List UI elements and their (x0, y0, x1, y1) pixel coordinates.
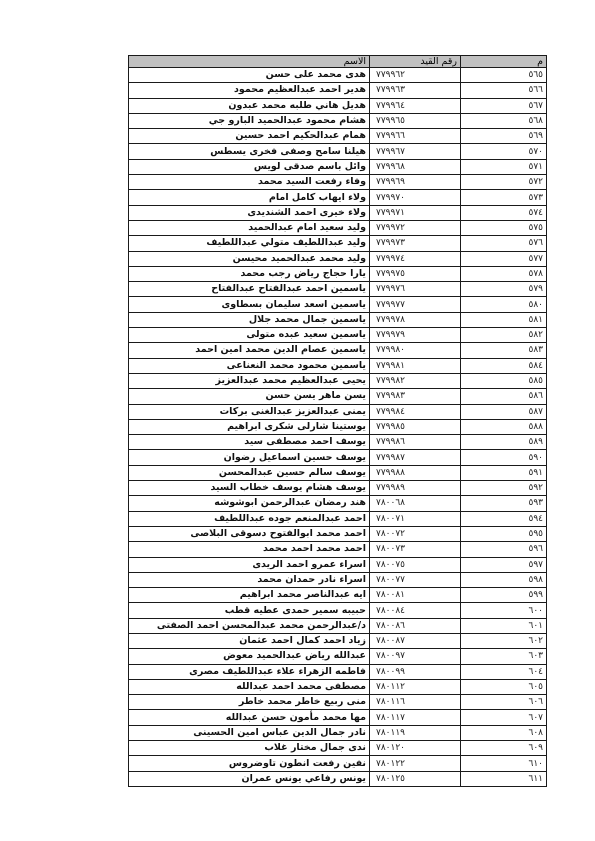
serial-number-cell: ٦٠٦ (461, 695, 547, 710)
table-row: ٥٧٨٧٧٩٩٧٥يارا حجاج رياض رجب محمد (129, 266, 547, 281)
table-row: ٥٩٨٧٨٠٠٧٧اسراء نادر حمدان محمد (129, 572, 547, 587)
serial-number-cell: ٥٦٨ (461, 113, 547, 128)
registration-number-cell: ٧٧٩٩٦٨ (370, 159, 461, 174)
serial-number-cell: ٥٨٥ (461, 373, 547, 388)
table-row: ٥٩٦٧٨٠٠٧٣احمد محمد احمد محمد (129, 542, 547, 557)
serial-number-cell: ٦٠٧ (461, 710, 547, 725)
name-cell: احمد محمد ابوالفتوح دسوقى البلاصى (129, 526, 370, 541)
serial-number-cell: ٥٨٧ (461, 404, 547, 419)
name-cell: حبيبه سمير حمدى عطيه قطب (129, 603, 370, 618)
registration-number-cell: ٧٨٠١٢٠ (370, 741, 461, 756)
table-row: ٦٠٧٧٨٠١١٧مها محمد مأمون حسن عبدالله (129, 710, 547, 725)
registration-number-cell: ٧٧٩٩٧٨ (370, 312, 461, 327)
name-cell: احمد عبدالمنعم جوده عبداللطيف (129, 511, 370, 526)
name-cell: ندى جمال مختار غلاب (129, 741, 370, 756)
name-cell: ياسمين سعيد عبده متولى (129, 328, 370, 343)
table-row: ٥٧٥٧٧٩٩٧٢وليد سعيد امام عبدالحميد (129, 220, 547, 235)
registration-number-cell: ٧٨٠٠٧٧ (370, 572, 461, 587)
table-row: ٥٧٧٧٧٩٩٧٤وليد محمد عبدالحميد محيسن (129, 251, 547, 266)
name-cell: يوستينا شارلى شكرى ابراهيم (129, 419, 370, 434)
name-cell: ايه عبدالناصر محمد ابراهيم (129, 588, 370, 603)
serial-number-cell: ٥٧١ (461, 159, 547, 174)
registration-number-cell: ٧٨٠١١٦ (370, 695, 461, 710)
serial-number-cell: ٥٨١ (461, 312, 547, 327)
registration-number-cell: ٧٧٩٩٨٩ (370, 481, 461, 496)
registration-number-cell: ٧٨٠٠٨٦ (370, 618, 461, 633)
registration-number-cell: ٧٨٠٠٨٤ (370, 603, 461, 618)
registration-number-cell: ٧٧٩٩٨٥ (370, 419, 461, 434)
table-header-row: م رقم القيد الاسم (129, 56, 547, 68)
table-row: ٦٠٥٧٨٠١١٢مصطفى محمد احمد عبدالله (129, 679, 547, 694)
serial-number-cell: ٥٩٦ (461, 542, 547, 557)
name-cell: د/عبدالرحمن محمد عبدالمحسن احمد الصفتى (129, 618, 370, 633)
name-cell: وليد سعيد امام عبدالحميد (129, 220, 370, 235)
serial-number-cell: ٦٠٩ (461, 741, 547, 756)
registration-number-cell: ٧٧٩٩٧٣ (370, 236, 461, 251)
table-row: ٦١١٧٨٠١٢٥يونس رفاعي يونس عمران (129, 771, 547, 786)
registration-number-cell: ٧٨٠٠٦٨ (370, 496, 461, 511)
serial-number-cell: ٥٨٦ (461, 389, 547, 404)
registration-number-cell: ٧٨٠١٢٥ (370, 771, 461, 786)
name-cell: هشام محمود عبدالحميد البارو جي (129, 113, 370, 128)
name-cell: ولاء خيرى احمد الشنديدى (129, 205, 370, 220)
serial-number-cell: ٥٦٩ (461, 129, 547, 144)
registration-number-cell: ٧٨٠١٢٢ (370, 756, 461, 771)
table-row: ٥٩١٧٧٩٩٨٨يوسف سالم حسين عبدالمحسن (129, 465, 547, 480)
serial-number-cell: ٥٩٥ (461, 526, 547, 541)
serial-number-cell: ٥٦٥ (461, 68, 547, 83)
table-row: ٥٧٠٧٧٩٩٦٧هيلنا سامح وصفى فخرى يسطس (129, 144, 547, 159)
name-cell: نادر جمال الدين عباس امين الحسينى (129, 725, 370, 740)
name-cell: اسراء عمرو احمد الريدى (129, 557, 370, 572)
name-cell: ولاء ايهاب كامل امام (129, 190, 370, 205)
serial-number-cell: ٦٠١ (461, 618, 547, 633)
table-row: ٥٧٣٧٧٩٩٧٠ولاء ايهاب كامل امام (129, 190, 547, 205)
table-row: ٥٧٢٧٧٩٩٦٩وفاء رفعت السيد محمد (129, 175, 547, 190)
registration-number-cell: ٧٨٠٠٧٥ (370, 557, 461, 572)
registration-number-cell: ٧٨٠٠٨١ (370, 588, 461, 603)
serial-number-cell: ٥٧٢ (461, 175, 547, 190)
registration-number-cell: ٧٧٩٩٨٢ (370, 373, 461, 388)
serial-number-cell: ٥٩٨ (461, 572, 547, 587)
header-serial-number: م (461, 56, 547, 68)
registration-number-cell: ٧٧٩٩٦٦ (370, 129, 461, 144)
registration-number-cell: ٧٨٠١١٢ (370, 679, 461, 694)
name-cell: ياسمين جمال محمد جلال (129, 312, 370, 327)
registration-number-cell: ٧٧٩٩٨٧ (370, 450, 461, 465)
registration-number-cell: ٧٧٩٩٧٩ (370, 328, 461, 343)
document-page: م رقم القيد الاسم ٥٦٥٧٧٩٩٦٢هدى محمد على … (128, 55, 546, 787)
table-row: ٥٩٥٧٨٠٠٧٢احمد محمد ابوالفتوح دسوقى البلا… (129, 526, 547, 541)
table-row: ٦٠٤٧٨٠٠٩٩فاطمه الزهراء علاء عبداللطيف مص… (129, 664, 547, 679)
table-row: ٦٠١٧٨٠٠٨٦د/عبدالرحمن محمد عبدالمحسن احمد… (129, 618, 547, 633)
name-cell: ياسمين احمد عبدالفتاح عبدالفتاح (129, 282, 370, 297)
registration-number-cell: ٧٧٩٩٧١ (370, 205, 461, 220)
table-row: ٥٧٤٧٧٩٩٧١ولاء خيرى احمد الشنديدى (129, 205, 547, 220)
name-cell: يوسف سالم حسين عبدالمحسن (129, 465, 370, 480)
name-cell: هيلنا سامح وصفى فخرى يسطس (129, 144, 370, 159)
registration-number-cell: ٧٨٠١١٩ (370, 725, 461, 740)
registration-number-cell: ٧٧٩٩٨٣ (370, 389, 461, 404)
table-row: ٥٨٤٧٧٩٩٨١ياسمين محمود محمد النعناعى (129, 358, 547, 373)
name-cell: ياسمين محمود محمد النعناعى (129, 358, 370, 373)
table-row: ٥٨٨٧٧٩٩٨٥يوستينا شارلى شكرى ابراهيم (129, 419, 547, 434)
table-row: ٥٧١٧٧٩٩٦٨وائل باسم صدقى لويس (129, 159, 547, 174)
registration-number-cell: ٧٧٩٩٨٨ (370, 465, 461, 480)
serial-number-cell: ٥٩٠ (461, 450, 547, 465)
serial-number-cell: ٥٩٧ (461, 557, 547, 572)
serial-number-cell: ٥٩٤ (461, 511, 547, 526)
serial-number-cell: ٥٩٢ (461, 481, 547, 496)
name-cell: وليد عبداللطيف متولي عبداللطيف (129, 236, 370, 251)
serial-number-cell: ٥٨٣ (461, 343, 547, 358)
registration-number-cell: ٧٧٩٩٦٩ (370, 175, 461, 190)
serial-number-cell: ٥٨٤ (461, 358, 547, 373)
registration-number-cell: ٧٨٠٠٩٩ (370, 664, 461, 679)
name-cell: مصطفى محمد احمد عبدالله (129, 679, 370, 694)
name-cell: يمنى عبدالعزيز عبدالغنى بركات (129, 404, 370, 419)
name-cell: ياسمين عصام الدين محمد امين احمد (129, 343, 370, 358)
serial-number-cell: ٥٦٦ (461, 83, 547, 98)
name-cell: يارا حجاج رياض رجب محمد (129, 266, 370, 281)
header-registration-number: رقم القيد (370, 56, 461, 68)
name-cell: يسن ماهر يسن حسن (129, 389, 370, 404)
serial-number-cell: ٥٩٣ (461, 496, 547, 511)
table-row: ٥٨٩٧٧٩٩٨٦يوسف احمد مصطفى سيد (129, 435, 547, 450)
registration-number-cell: ٧٧٩٩٨٤ (370, 404, 461, 419)
name-cell: وفاء رفعت السيد محمد (129, 175, 370, 190)
name-cell: فاطمه الزهراء علاء عبداللطيف مصرى (129, 664, 370, 679)
serial-number-cell: ٥٩٩ (461, 588, 547, 603)
serial-number-cell: ٦١١ (461, 771, 547, 786)
students-table: م رقم القيد الاسم ٥٦٥٧٧٩٩٦٢هدى محمد على … (128, 55, 547, 787)
table-row: ٥٨٥٧٧٩٩٨٢يحيى عبدالعظيم محمد عبدالعزيز (129, 373, 547, 388)
serial-number-cell: ٥٨٢ (461, 328, 547, 343)
registration-number-cell: ٧٨٠٠٧٣ (370, 542, 461, 557)
serial-number-cell: ٦٠٤ (461, 664, 547, 679)
registration-number-cell: ٧٧٩٩٦٥ (370, 113, 461, 128)
table-row: ٥٦٥٧٧٩٩٦٢هدى محمد على حسن (129, 68, 547, 83)
name-cell: هدير احمد عبدالعظيم محمود (129, 83, 370, 98)
table-row: ٦٠٨٧٨٠١١٩نادر جمال الدين عباس امين الحسي… (129, 725, 547, 740)
table-row: ٦١٠٧٨٠١٢٢نفين رفعت انطون تاوضروس (129, 756, 547, 771)
name-cell: وائل باسم صدقى لويس (129, 159, 370, 174)
name-cell: يونس رفاعي يونس عمران (129, 771, 370, 786)
registration-number-cell: ٧٧٩٩٦٢ (370, 68, 461, 83)
table-row: ٥٧٦٧٧٩٩٧٣وليد عبداللطيف متولي عبداللطيف (129, 236, 547, 251)
name-cell: هند رمضان عبدالرحمن ابوشوشه (129, 496, 370, 511)
registration-number-cell: ٧٧٩٩٦٣ (370, 83, 461, 98)
name-cell: اسراء نادر حمدان محمد (129, 572, 370, 587)
serial-number-cell: ٥٨٩ (461, 435, 547, 450)
serial-number-cell: ٦٠٥ (461, 679, 547, 694)
registration-number-cell: ٧٨٠٠٧١ (370, 511, 461, 526)
name-cell: زياد احمد كمال احمد عثمان (129, 633, 370, 648)
name-cell: همام عبدالحكيم احمد حسين (129, 129, 370, 144)
table-row: ٥٩٤٧٨٠٠٧١احمد عبدالمنعم جوده عبداللطيف (129, 511, 547, 526)
registration-number-cell: ٧٧٩٩٦٧ (370, 144, 461, 159)
registration-number-cell: ٧٧٩٩٨٦ (370, 435, 461, 450)
registration-number-cell: ٧٨٠٠٧٢ (370, 526, 461, 541)
table-row: ٥٨١٧٧٩٩٧٨ياسمين جمال محمد جلال (129, 312, 547, 327)
serial-number-cell: ٥٦٧ (461, 98, 547, 113)
name-cell: عبدالله رياض عبدالحميد معوض (129, 649, 370, 664)
serial-number-cell: ٦١٠ (461, 756, 547, 771)
serial-number-cell: ٥٨٨ (461, 419, 547, 434)
registration-number-cell: ٧٧٩٩٨١ (370, 358, 461, 373)
name-cell: هدى محمد على حسن (129, 68, 370, 83)
serial-number-cell: ٥٧٧ (461, 251, 547, 266)
name-cell: يوسف احمد مصطفى سيد (129, 435, 370, 450)
serial-number-cell: ٥٧٩ (461, 282, 547, 297)
table-row: ٦٠٣٧٨٠٠٩٧عبدالله رياض عبدالحميد معوض (129, 649, 547, 664)
table-row: ٥٦٦٧٧٩٩٦٣هدير احمد عبدالعظيم محمود (129, 83, 547, 98)
registration-number-cell: ٧٧٩٩٧٤ (370, 251, 461, 266)
name-cell: يوسف هشام يوسف خطاب السيد (129, 481, 370, 496)
serial-number-cell: ٦٠٨ (461, 725, 547, 740)
table-row: ٥٩٧٧٨٠٠٧٥اسراء عمرو احمد الريدى (129, 557, 547, 572)
registration-number-cell: ٧٨٠٠٨٧ (370, 633, 461, 648)
table-row: ٥٨٧٧٧٩٩٨٤يمنى عبدالعزيز عبدالغنى بركات (129, 404, 547, 419)
serial-number-cell: ٦٠٢ (461, 633, 547, 648)
registration-number-cell: ٧٧٩٩٧٦ (370, 282, 461, 297)
table-row: ٦٠٩٧٨٠١٢٠ندى جمال مختار غلاب (129, 741, 547, 756)
table-row: ٥٩٠٧٧٩٩٨٧يوسف حسين اسماعيل رضوان (129, 450, 547, 465)
registration-number-cell: ٧٧٩٩٧٥ (370, 266, 461, 281)
serial-number-cell: ٥٧٤ (461, 205, 547, 220)
name-cell: يحيى عبدالعظيم محمد عبدالعزيز (129, 373, 370, 388)
serial-number-cell: ٥٧٨ (461, 266, 547, 281)
serial-number-cell: ٥٧٦ (461, 236, 547, 251)
name-cell: ياسمين اسعد سليمان بسطاوى (129, 297, 370, 312)
name-cell: احمد محمد احمد محمد (129, 542, 370, 557)
table-row: ٥٩٣٧٨٠٠٦٨هند رمضان عبدالرحمن ابوشوشه (129, 496, 547, 511)
table-row: ٥٨٠٧٧٩٩٧٧ياسمين اسعد سليمان بسطاوى (129, 297, 547, 312)
table-row: ٦٠٠٧٨٠٠٨٤حبيبه سمير حمدى عطيه قطب (129, 603, 547, 618)
registration-number-cell: ٧٧٩٩٨٠ (370, 343, 461, 358)
table-row: ٥٨٢٧٧٩٩٧٩ياسمين سعيد عبده متولى (129, 328, 547, 343)
table-row: ٥٦٨٧٧٩٩٦٥هشام محمود عبدالحميد البارو جي (129, 113, 547, 128)
table-row: ٥٨٦٧٧٩٩٨٣يسن ماهر يسن حسن (129, 389, 547, 404)
table-row: ٦٠٦٧٨٠١١٦منى ربيع خاطر محمد خاطر (129, 695, 547, 710)
registration-number-cell: ٧٧٩٩٦٤ (370, 98, 461, 113)
registration-number-cell: ٧٧٩٩٧٠ (370, 190, 461, 205)
name-cell: هديل هاني طلبه محمد عبدون (129, 98, 370, 113)
table-row: ٥٨٣٧٧٩٩٨٠ياسمين عصام الدين محمد امين احم… (129, 343, 547, 358)
name-cell: منى ربيع خاطر محمد خاطر (129, 695, 370, 710)
table-row: ٥٩٩٧٨٠٠٨١ايه عبدالناصر محمد ابراهيم (129, 588, 547, 603)
serial-number-cell: ٥٨٠ (461, 297, 547, 312)
name-cell: يوسف حسين اسماعيل رضوان (129, 450, 370, 465)
header-name: الاسم (129, 56, 370, 68)
serial-number-cell: ٥٧٠ (461, 144, 547, 159)
serial-number-cell: ٥٧٥ (461, 220, 547, 235)
table-row: ٥٧٩٧٧٩٩٧٦ياسمين احمد عبدالفتاح عبدالفتاح (129, 282, 547, 297)
serial-number-cell: ٥٩١ (461, 465, 547, 480)
registration-number-cell: ٧٨٠١١٧ (370, 710, 461, 725)
registration-number-cell: ٧٧٩٩٧٢ (370, 220, 461, 235)
table-body: ٥٦٥٧٧٩٩٦٢هدى محمد على حسن٥٦٦٧٧٩٩٦٣هدير ا… (129, 68, 547, 787)
table-row: ٥٦٧٧٧٩٩٦٤هديل هاني طلبه محمد عبدون (129, 98, 547, 113)
name-cell: مها محمد مأمون حسن عبدالله (129, 710, 370, 725)
serial-number-cell: ٦٠٠ (461, 603, 547, 618)
registration-number-cell: ٧٨٠٠٩٧ (370, 649, 461, 664)
registration-number-cell: ٧٧٩٩٧٧ (370, 297, 461, 312)
serial-number-cell: ٦٠٣ (461, 649, 547, 664)
name-cell: نفين رفعت انطون تاوضروس (129, 756, 370, 771)
table-row: ٥٩٢٧٧٩٩٨٩يوسف هشام يوسف خطاب السيد (129, 481, 547, 496)
serial-number-cell: ٥٧٣ (461, 190, 547, 205)
table-row: ٥٦٩٧٧٩٩٦٦همام عبدالحكيم احمد حسين (129, 129, 547, 144)
name-cell: وليد محمد عبدالحميد محيسن (129, 251, 370, 266)
table-row: ٦٠٢٧٨٠٠٨٧زياد احمد كمال احمد عثمان (129, 633, 547, 648)
